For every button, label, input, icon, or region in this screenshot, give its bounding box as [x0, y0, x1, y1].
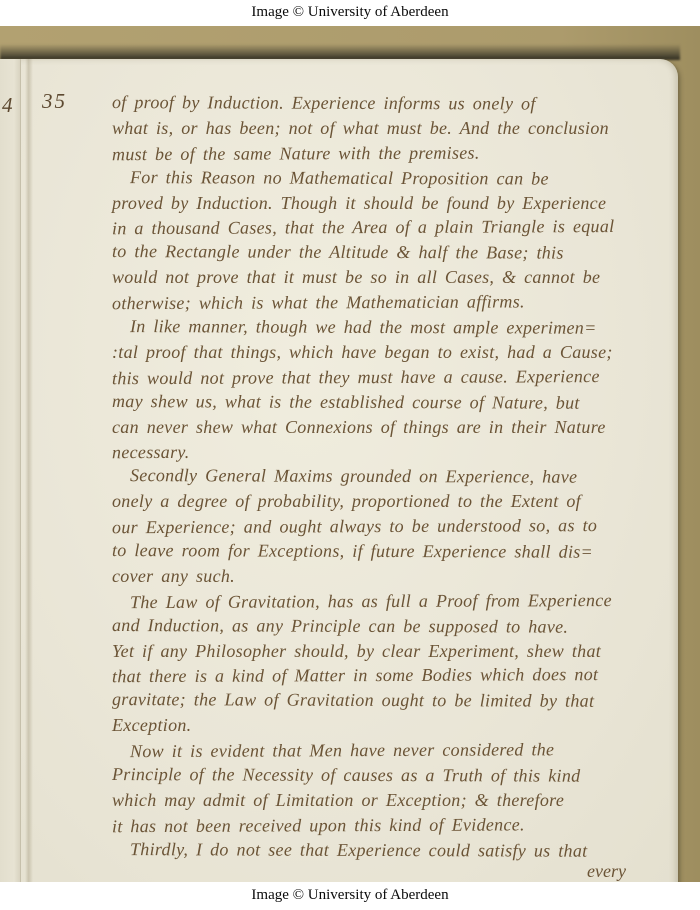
catchword: every — [587, 861, 626, 882]
manuscript-line: that there is a kind of Matter in some B… — [112, 662, 668, 689]
manuscript-line: to the Rectangle under the Altitude & ha… — [112, 239, 668, 266]
manuscript-line: must be of the same Nature with the prem… — [112, 140, 668, 167]
manuscript-text-block: of proof by Induction. Experience inform… — [112, 91, 668, 863]
manuscript-line: it has not been received upon this kind … — [112, 812, 668, 839]
manuscript-line: can never shew what Connexions of things… — [112, 415, 668, 440]
manuscript-line: to leave room for Exceptions, if future … — [112, 538, 668, 565]
manuscript-line: The Law of Gravitation, has as full a Pr… — [112, 588, 668, 615]
manuscript-line: otherwise; which is what the Mathematici… — [112, 289, 668, 316]
binding-crease — [25, 59, 33, 882]
manuscript-line: Principle of the Necessity of causes as … — [112, 762, 668, 789]
manuscript-line: gravitate; the Law of Gravitation ought … — [112, 687, 668, 714]
manuscript-line: in a thousand Cases, that the Area of a … — [112, 214, 668, 241]
manuscript-line: our Experience; and ought always to be u… — [112, 513, 668, 540]
manuscript-line: this would not prove that they must have… — [112, 364, 668, 391]
manuscript-line: of proof by Induction. Experience inform… — [112, 90, 668, 117]
manuscript-line: necessary. — [112, 438, 668, 465]
gutter-shadow — [0, 44, 680, 60]
manuscript-line: onely a degree of probability, proportio… — [112, 489, 668, 514]
manuscript-line: may shew us, what is the established cou… — [112, 389, 668, 416]
manuscript-line: and Induction, as any Principle can be s… — [112, 613, 668, 640]
manuscript-line: would not prove that it must be so in al… — [112, 265, 668, 290]
manuscript-line: Thirdly, I do not see that Experience co… — [112, 837, 668, 864]
manuscript-line: proved by Induction. Though it should be… — [112, 191, 668, 216]
manuscript-line: which may admit of Limitation or Excepti… — [112, 788, 668, 813]
bottom-copyright-caption: Image © University of Aberdeen — [0, 882, 700, 910]
manuscript-line: cover any such. — [112, 564, 668, 589]
manuscript-line: For this Reason no Mathematical Proposit… — [112, 165, 668, 192]
manuscript-line: Secondly General Maxims grounded on Expe… — [112, 463, 668, 490]
manuscript-line: Now it is evident that Men have never co… — [112, 737, 668, 764]
top-copyright-caption: Image © University of Aberdeen — [0, 0, 700, 26]
manuscript-page: 4 35 of proof by Induction. Experience i… — [0, 59, 678, 882]
page-number: 35 — [42, 89, 67, 114]
manuscript-photo: 4 35 of proof by Induction. Experience i… — [0, 26, 700, 882]
facing-page-number: 4 — [2, 93, 13, 118]
manuscript-line: :tal proof that things, which have began… — [112, 340, 668, 365]
manuscript-line: what is, or has been; not of what must b… — [112, 116, 668, 141]
manuscript-line: Yet if any Philosopher should, by clear … — [112, 639, 668, 664]
manuscript-line: In like manner, though we had the most a… — [112, 314, 668, 341]
manuscript-line: Exception. — [112, 713, 668, 738]
previous-page-edge — [0, 59, 21, 882]
